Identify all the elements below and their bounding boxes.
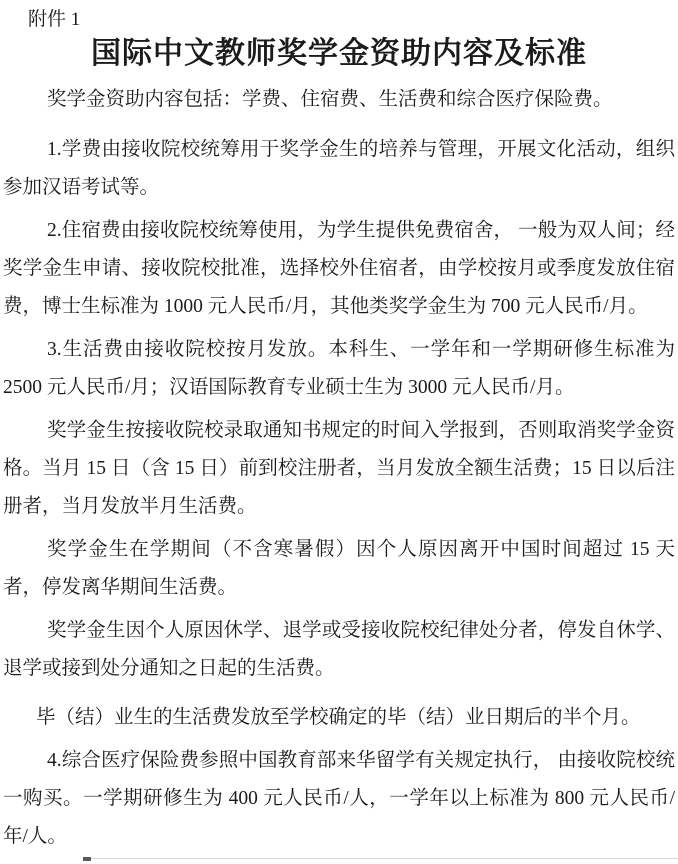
paragraph: 奖学金生在学期间（不含寒暑假）因个人原因离开中国时间超过 15 天者，停发离华期…: [3, 531, 675, 607]
paragraph: 奖学金资助内容包括：学费、住宿费、生活费和综合医疗保险费。: [3, 81, 675, 119]
bottom-divider: [85, 858, 678, 859]
paragraph: 毕（结）业生的生活费发放至学校确定的毕（结）业日期后的半个月。: [3, 699, 675, 737]
paragraph: 奖学金生按接收院校录取通知书规定的时间入学报到，否则取消奖学金资格。当月 15 …: [3, 412, 675, 526]
paragraph: 2.住宿费由接收院校统筹使用，为学生提供免费宿舍， 一般为双人间；经奖学金生申请…: [3, 212, 675, 326]
attachment-label: 附件 1: [28, 8, 675, 32]
paragraph: 1.学费由接收院校统筹用于奖学金生的培养与管理，开展文化活动，组织参加汉语考试等…: [3, 131, 675, 207]
paragraph-list: 奖学金资助内容包括：学费、住宿费、生活费和综合医疗保险费。1.学费由接收院校统筹…: [3, 81, 675, 856]
paragraph: 4.综合医疗保险费参照中国教育部来华留学有关规定执行， 由接收院校统一购买。一学…: [3, 742, 675, 856]
document-page: 附件 1 国际中文教师奖学金资助内容及标准 奖学金资助内容包括：学费、住宿费、生…: [0, 0, 678, 864]
paragraph: 3.生活费由接收院校按月发放。本科生、一学年和一学期研修生标准为 2500 元人…: [3, 331, 675, 407]
divider-tick: [83, 857, 91, 861]
paragraph: 奖学金生因个人原因休学、退学或受接收院校纪律处分者，停发自休学、退学或接到处分通…: [3, 612, 675, 688]
page-title: 国际中文教师奖学金资助内容及标准: [3, 32, 675, 76]
